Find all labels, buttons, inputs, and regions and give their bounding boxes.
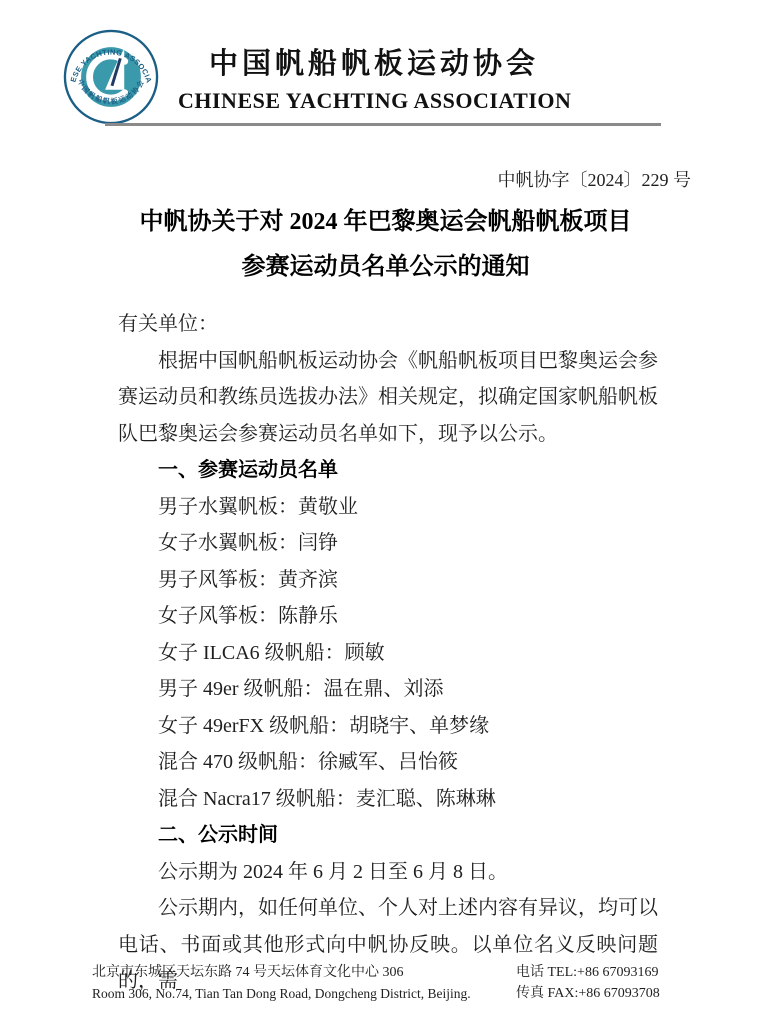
letterhead: CHINESE YACHTING ASSOCIATION 中国帆船帆板运动协会 … bbox=[62, 28, 570, 126]
footer-address-chinese: 北京市东城区天坛东路 74 号天坛体育文化中心 306 bbox=[92, 962, 516, 983]
section1-heading: 一、参赛运动员名单 bbox=[118, 452, 658, 489]
athlete-line: 混合 470 级帆船：徐臧军、吕怡筱 bbox=[118, 744, 658, 781]
athlete-line: 女子水翼帆板：闫铮 bbox=[118, 525, 658, 562]
athlete-line: 男子风筝板：黄齐滨 bbox=[118, 562, 658, 599]
intro-paragraph: 根据中国帆船帆板运动协会《帆船帆板项目巴黎奥运会参赛运动员和教练员选拔办法》相关… bbox=[118, 343, 658, 453]
footer-phone-block: 电话 TEL:+86 67093169 传真 FAX:+86 67093708 bbox=[516, 962, 716, 1004]
athlete-line: 女子风筝板：陈静乐 bbox=[118, 598, 658, 635]
chinese-yachting-association-logo-icon: CHINESE YACHTING ASSOCIATION 中国帆船帆板运动协会 bbox=[62, 28, 160, 126]
document-number: 中帆协字〔2024〕229 号 bbox=[0, 166, 691, 192]
athlete-line: 男子 49er 级帆船：温在鼎、刘添 bbox=[118, 671, 658, 708]
athlete-line: 混合 Nacra17 级帆船：麦汇聪、陈琳琳 bbox=[118, 781, 658, 818]
org-name-chinese: 中国帆船帆板运动协会 bbox=[178, 41, 570, 82]
footer-fax: 传真 FAX:+86 67093708 bbox=[516, 983, 716, 1004]
document-body: 有关单位： 根据中国帆船帆板运动协会《帆船帆板项目巴黎奥运会参赛运动员和教练员选… bbox=[118, 306, 658, 1000]
athlete-line: 女子 ILCA6 级帆船：顾敏 bbox=[118, 635, 658, 672]
contact-footer: 北京市东城区天坛东路 74 号天坛体育文化中心 306 Room 306, No… bbox=[92, 962, 716, 1004]
org-name-block: 中国帆船帆板运动协会 CHINESE YACHTING ASSOCIATION bbox=[178, 41, 570, 114]
footer-address-english: Room 306, No.74, Tian Tan Dong Road, Don… bbox=[92, 983, 516, 1004]
publicity-period-line: 公示期为 2024 年 6 月 2 日至 6 月 8 日。 bbox=[118, 854, 658, 891]
athlete-line: 男子水翼帆板：黄敬业 bbox=[118, 489, 658, 526]
document-title-line1: 中帆协关于对 2024 年巴黎奥运会帆船帆板项目 bbox=[0, 200, 771, 245]
footer-telephone: 电话 TEL:+86 67093169 bbox=[516, 962, 716, 983]
document-title: 中帆协关于对 2024 年巴黎奥运会帆船帆板项目 参赛运动员名单公示的通知 bbox=[0, 200, 771, 290]
letterhead-divider bbox=[105, 123, 661, 126]
org-name-english: CHINESE YACHTING ASSOCIATION bbox=[178, 88, 570, 114]
section2-heading: 二、公示时间 bbox=[118, 817, 658, 854]
salutation: 有关单位： bbox=[118, 306, 658, 343]
athlete-line: 女子 49erFX 级帆船：胡晓宇、单梦缘 bbox=[118, 708, 658, 745]
document-title-line2: 参赛运动员名单公示的通知 bbox=[0, 245, 771, 290]
notice-document-page: CHINESE YACHTING ASSOCIATION 中国帆船帆板运动协会 … bbox=[0, 0, 771, 1024]
footer-address-block: 北京市东城区天坛东路 74 号天坛体育文化中心 306 Room 306, No… bbox=[92, 962, 516, 1004]
